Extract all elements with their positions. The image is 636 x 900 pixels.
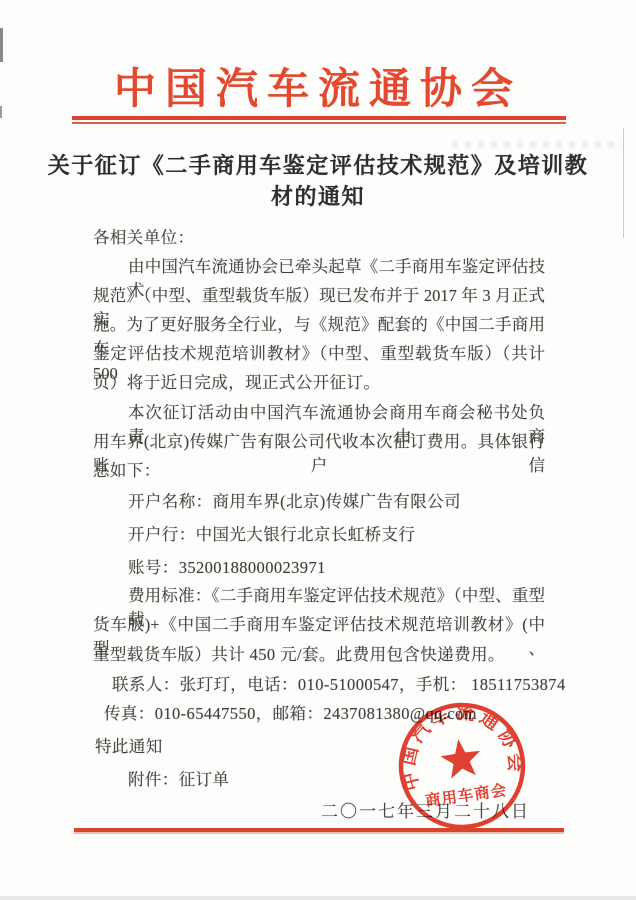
scan-artifact [0,28,3,62]
notice-close-line: 特此通知 [95,733,163,757]
scan-artifact [623,128,624,238]
scan-artifact [452,141,622,148]
paragraph-line: 息如下： [93,457,161,481]
scan-artifact [0,106,2,118]
letterhead-rule-thin [72,122,566,124]
letterhead-org-name: 中国汽车流通协会 [46,56,590,116]
notice-title-line2: 材的通知 [46,180,590,211]
fee-line: 重型载货车版）共计 450 元/套。此费用包含快递费用。 [93,641,505,665]
contact-line: 联系人：张玎玎，电话：010-51000547，手机： 18511753874 [112,671,566,695]
bank-account-name-line: 开户名称：商用车界(北京)传媒广告有限公司 [128,488,461,512]
official-seal: 中国汽车流通协会 商用车商会 [394,698,530,834]
paragraph-line: 页）将于近日完成，现正式公开征订。 [93,369,380,393]
footer-rule [74,828,564,832]
document-page: 中国汽车流通协会 关于征订《二手商用车鉴定评估技术规范》及培训教 材的通知 各相… [0,0,636,900]
scan-artifact [0,896,636,900]
seal-star-icon [438,736,483,779]
salutation-line: 各相关单位： [93,224,194,248]
attachment-line: 附件：征订单 [128,766,229,790]
seal-center-text: 商用车商会 [424,780,508,810]
bank-branch-line: 开户行：中国光大银行北京长虹桥支行 [128,521,415,545]
notice-title-line1: 关于征订《二手商用车鉴定评估技术规范》及培训教 [46,149,590,180]
bank-account-number-line: 账号：35200188000023971 [128,554,326,578]
letterhead-rule-thick [72,116,566,120]
